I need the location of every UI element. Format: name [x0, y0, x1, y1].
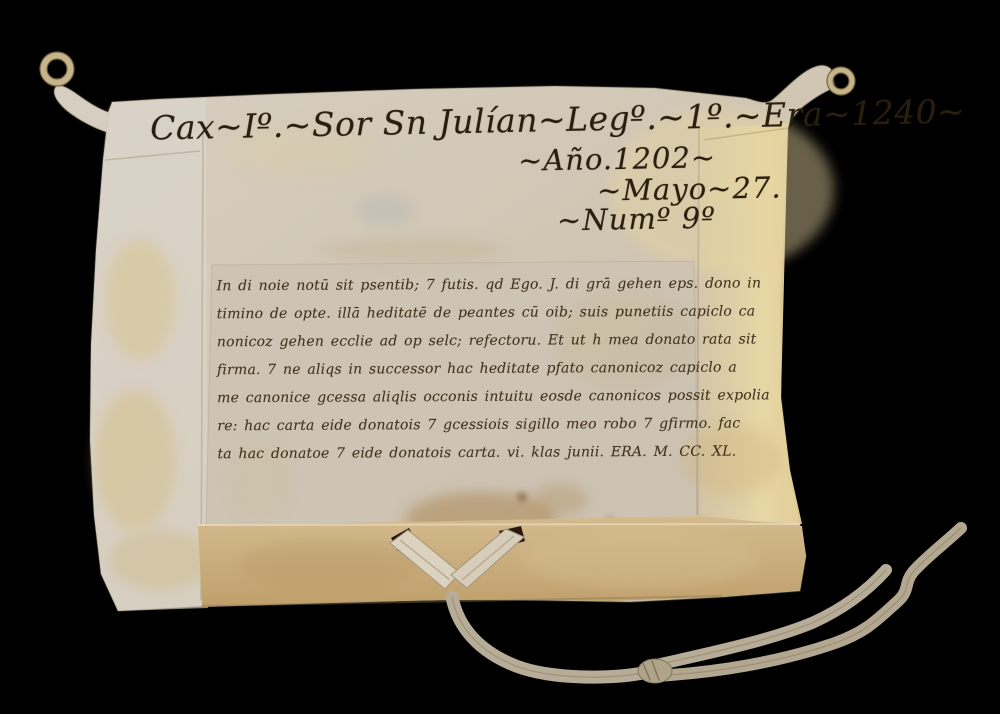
left-hanging-ring [40, 52, 74, 86]
photo-stage: Cax~Iº.~Sor Sn Julían~Legº.~1º.~Era~1240… [0, 0, 1000, 714]
charter-text-line-4: firma. 7 ne aliqs in successor hac hedit… [217, 354, 697, 385]
right-hanging-ring [827, 67, 855, 95]
charter-text-line-1: In di noie notū sit psentib; 7 futis. qd… [216, 270, 696, 301]
charter-text-block: In di noie notū sit psentib; 7 futis. qd… [216, 270, 697, 469]
charter-text-line-6: re: hac carta eide donatois 7 gcessiois … [217, 410, 697, 441]
charter-text-line-2: timino de opte. illā heditatē de peantes… [217, 298, 697, 329]
charter-text-line-7: ta hac donatoe 7 eide donatois carta. vi… [217, 438, 697, 469]
archival-annotation-number-line: ~Numº 9º [557, 201, 716, 238]
charter-text-line-3: nonicoz gehen ecclie ad op selc; refecto… [217, 326, 697, 357]
tie-knot [638, 659, 672, 683]
plica-fold [198, 516, 806, 607]
charter-text-line-5: me canonice gcessa aliqlis occonis intui… [217, 382, 697, 413]
